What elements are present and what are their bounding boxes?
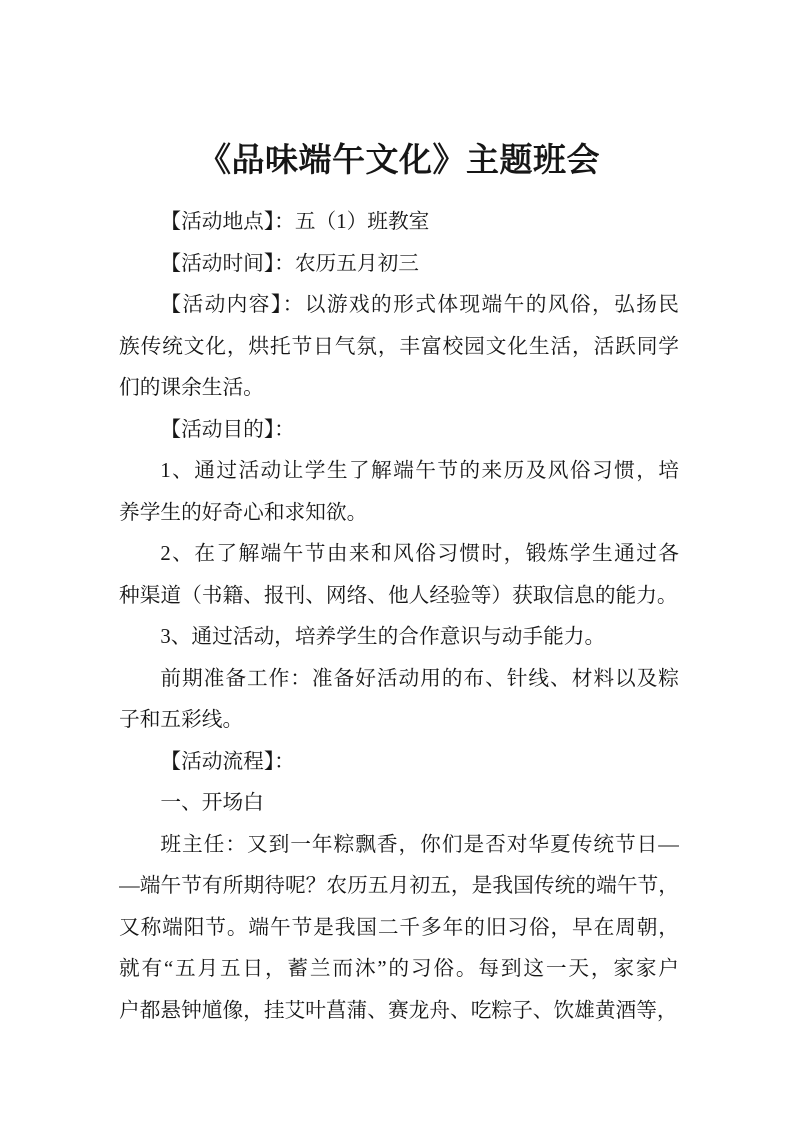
text-line: 【活动时间】：农历五月初三 [119,244,679,286]
document-body: 【活动地点】：五（1）班教室【活动时间】：农历五月初三【活动内容】：以游戏的形式… [119,202,679,1032]
text-line: 3、通过活动，培养学生的合作意识与动手能力。 [119,617,679,659]
paragraph: 1、通过活动让学生了解端午节的来历及风俗习惯，培养学生的好奇心和求知欲。 [119,451,679,534]
text-line: 【活动地点】：五（1）班教室 [119,202,679,244]
text-line: 族传统文化，烘托节日气氛，丰富校园文化生活，活跃同学 [119,327,679,369]
paragraph: 一、开场白 [119,783,679,825]
text-line: 又称端阳节。端午节是我国二千多年的旧习俗，早在周朝， [119,908,679,950]
paragraph: 2、在了解端午节由来和风俗习惯时，锻炼学生通过各种渠道（书籍、报刊、网络、他人经… [119,534,679,617]
text-line: 就有“五月五日，蓄兰而沐”的习俗。每到这一天，家家户 [119,949,679,991]
paragraph: 【活动内容】：以游戏的形式体现端午的风俗，弘扬民族传统文化，烘托节日气氛，丰富校… [119,285,679,410]
paragraph: 班主任：又到一年粽飘香，你们是否对华夏传统节日——端午节有所期待呢？农历五月初五… [119,825,679,1033]
text-line: 一、开场白 [119,783,679,825]
document-title: 《品味端午文化》主题班会 [119,137,679,185]
paragraph: 前期准备工作：准备好活动用的布、针线、材料以及粽子和五彩线。 [119,659,679,742]
paragraph: 【活动目的】： [119,410,679,452]
text-line: 1、通过活动让学生了解端午节的来历及风俗习惯，培 [119,451,679,493]
text-line: 前期准备工作：准备好活动用的布、针线、材料以及粽 [119,659,679,701]
text-line: 班主任：又到一年粽飘香，你们是否对华夏传统节日— [119,825,679,867]
text-line: 【活动内容】：以游戏的形式体现端午的风俗，弘扬民 [119,285,679,327]
text-line: 【活动流程】： [119,742,679,784]
paragraph: 【活动流程】： [119,742,679,784]
text-line: 子和五彩线。 [119,700,679,742]
text-line: —端午节有所期待呢？农历五月初五，是我国传统的端午节， [119,866,679,908]
paragraph: 3、通过活动，培养学生的合作意识与动手能力。 [119,617,679,659]
text-line: 户都悬钟馗像，挂艾叶菖蒲、赛龙舟、吃粽子、饮雄黄酒等， [119,991,679,1033]
text-line: 【活动目的】： [119,410,679,452]
paragraph: 【活动时间】：农历五月初三 [119,244,679,286]
text-line: 种渠道（书籍、报刊、网络、他人经验等）获取信息的能力。 [119,576,679,618]
text-line: 2、在了解端午节由来和风俗习惯时，锻炼学生通过各 [119,534,679,576]
document-page: 《品味端午文化》主题班会 【活动地点】：五（1）班教室【活动时间】：农历五月初三… [0,0,793,1122]
paragraph: 【活动地点】：五（1）班教室 [119,202,679,244]
text-line: 养学生的好奇心和求知欲。 [119,493,679,535]
text-line: 们的课余生活。 [119,368,679,410]
